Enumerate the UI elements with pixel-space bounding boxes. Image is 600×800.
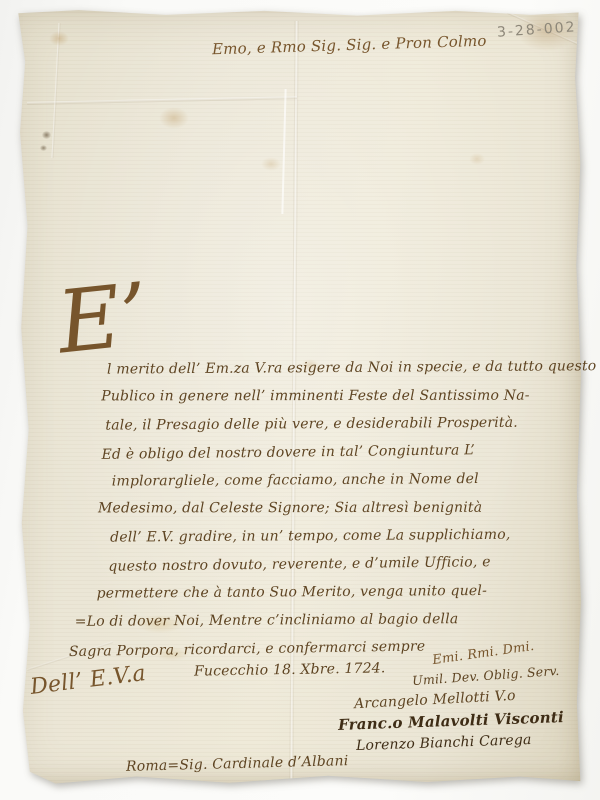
body-line: dell’ E.V. gradire, in un’ tempo, come L… bbox=[110, 526, 570, 557]
drop-cap-initial: E’ bbox=[54, 272, 153, 367]
ink-speck bbox=[40, 145, 47, 151]
edge-browning bbox=[409, 783, 529, 797]
foxing-stain bbox=[469, 153, 485, 165]
foxing-stain bbox=[159, 107, 189, 129]
scanned-letter-page: 3-28-002 Emo, e Rmo Sig. Sig. e Pron Col… bbox=[0, 0, 600, 800]
body-line: Publico in genere nell’ imminenti Feste … bbox=[101, 388, 569, 417]
ink-speck bbox=[42, 131, 51, 139]
body-line: tale, il Presagio delle più vere, e desi… bbox=[105, 414, 569, 445]
foxing-stain bbox=[49, 31, 69, 46]
top-left-crease bbox=[51, 23, 60, 158]
body-line: permettere che à tanto Suo Merito, venga… bbox=[96, 582, 570, 613]
center-crease-highlight bbox=[281, 89, 286, 214]
letter-body: l merito dell’ Em.za V.ra esigere da Noi… bbox=[99, 358, 571, 669]
body-line: implorargliele, come facciamo, anche in … bbox=[112, 470, 570, 501]
body-line: Medesimo, dal Celeste Signore; Sia altre… bbox=[98, 500, 570, 529]
body-line: l merito dell’ Em.za V.ra esigere da Noi… bbox=[107, 358, 569, 389]
date-line: Fucecchio 18. Xbre. 1724. bbox=[194, 660, 386, 679]
edge-browning bbox=[583, 247, 599, 467]
body-line: questo nostro dovuto, reverente, e d’umi… bbox=[108, 553, 570, 587]
body-line: Ed è obligo del nostro dovere in tal’ Co… bbox=[101, 441, 569, 475]
horizontal-fold-crease bbox=[27, 96, 297, 105]
foxing-stain bbox=[261, 157, 281, 171]
